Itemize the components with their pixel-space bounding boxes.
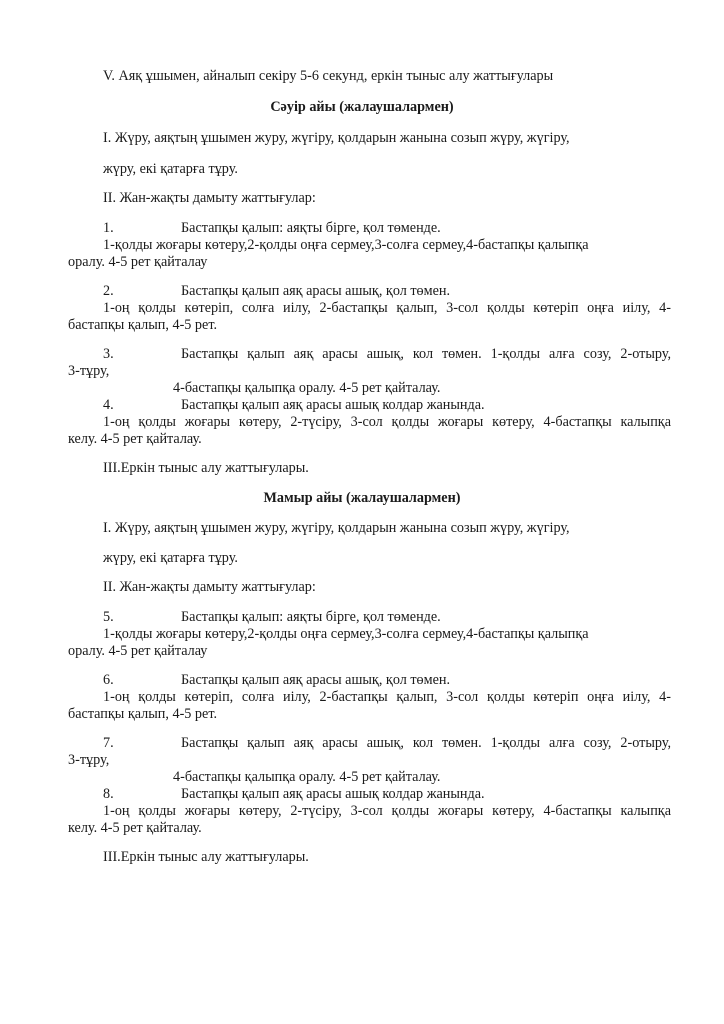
exercise-number: 2. (103, 282, 114, 300)
exercise-title: Бастапқы қалып аяқ арасы ашық, кол төмен… (181, 345, 671, 363)
exercise-number: 4. (103, 396, 114, 414)
exercise-title: Бастапқы қалып: аяқты бірге, қол төменде… (181, 608, 441, 626)
part3-heading: III.Еркін тыныс алу жаттығулары. (103, 459, 309, 477)
document-page: V. Аяқ ұшымен, айналып секіру 5-6 секунд… (0, 0, 724, 1024)
section-heading-may: Мамыр айы (жалаушалармен) (0, 489, 724, 507)
exercise-line: 1-оң қолды көтеріп, солға иілу, 2-бастап… (103, 688, 671, 706)
exercise-line: келу. 4-5 рет қайталау. (68, 430, 202, 448)
exercise-title: Бастапқы қалып аяқ арасы ашық колдар жан… (181, 785, 485, 803)
exercise-line: 1-қолды жоғары көтеру,2-қолды оңға серме… (103, 625, 589, 643)
exercise-title: Бастапқы қалып аяқ арасы ашық, кол төмен… (181, 734, 671, 752)
exercise-line: бастапқы қалып, 4-5 рет. (68, 316, 217, 334)
exercise-line: 3-тұру, (68, 751, 109, 769)
exercise-number: 7. (103, 734, 114, 752)
exercise-line: 4-бастапқы қалыпқа оралу. 4-5 рет қайтал… (173, 768, 440, 786)
exercise-title: Бастапқы қалып аяқ арасы ашық колдар жан… (181, 396, 485, 414)
exercise-line: 1-оң қолды жоғары көтеру, 2-түсіру, 3-со… (103, 802, 671, 820)
exercise-line: 3-тұру, (68, 362, 109, 380)
intro-line: V. Аяқ ұшымен, айналып секіру 5-6 секунд… (103, 67, 553, 85)
exercise-line: 1-оң қолды көтеріп, солға иілу, 2-бастап… (103, 299, 671, 317)
part3-heading: III.Еркін тыныс алу жаттығулары. (103, 848, 309, 866)
exercise-number: 5. (103, 608, 114, 626)
part1-line1: I. Жүру, аяқтың ұшымен журу, жүгіру, қол… (103, 519, 570, 537)
section-heading-april: Сәуір айы (жалаушалармен) (0, 98, 724, 116)
exercise-number: 8. (103, 785, 114, 803)
part1-line2: жүру, екі қатарға тұру. (103, 549, 238, 567)
part2-heading: II. Жан-жақты дамыту жаттығулар: (103, 189, 316, 207)
exercise-line: оралу. 4-5 рет қайталау (68, 642, 207, 660)
exercise-title: Бастапқы қалып: аяқты бірге, қол төменде… (181, 219, 441, 237)
exercise-line: оралу. 4-5 рет қайталау (68, 253, 207, 271)
exercise-number: 1. (103, 219, 114, 237)
exercise-line: бастапқы қалып, 4-5 рет. (68, 705, 217, 723)
exercise-line: 1-оң қолды жоғары көтеру, 2-түсіру, 3-со… (103, 413, 671, 431)
exercise-line: 1-қолды жоғары көтеру,2-қолды оңға серме… (103, 236, 589, 254)
part1-line1: I. Жүру, аяқтың ұшымен журу, жүгіру, қол… (103, 129, 570, 147)
exercise-line: келу. 4-5 рет қайталау. (68, 819, 202, 837)
exercise-title: Бастапқы қалып аяқ арасы ашық, қол төмен… (181, 282, 450, 300)
part1-line2: жүру, екі қатарға тұру. (103, 160, 238, 178)
part2-heading: II. Жан-жақты дамыту жаттығулар: (103, 578, 316, 596)
exercise-line: 4-бастапқы қалыпқа оралу. 4-5 рет қайтал… (173, 379, 440, 397)
exercise-title: Бастапқы қалып аяқ арасы ашық, қол төмен… (181, 671, 450, 689)
exercise-number: 6. (103, 671, 114, 689)
exercise-number: 3. (103, 345, 114, 363)
